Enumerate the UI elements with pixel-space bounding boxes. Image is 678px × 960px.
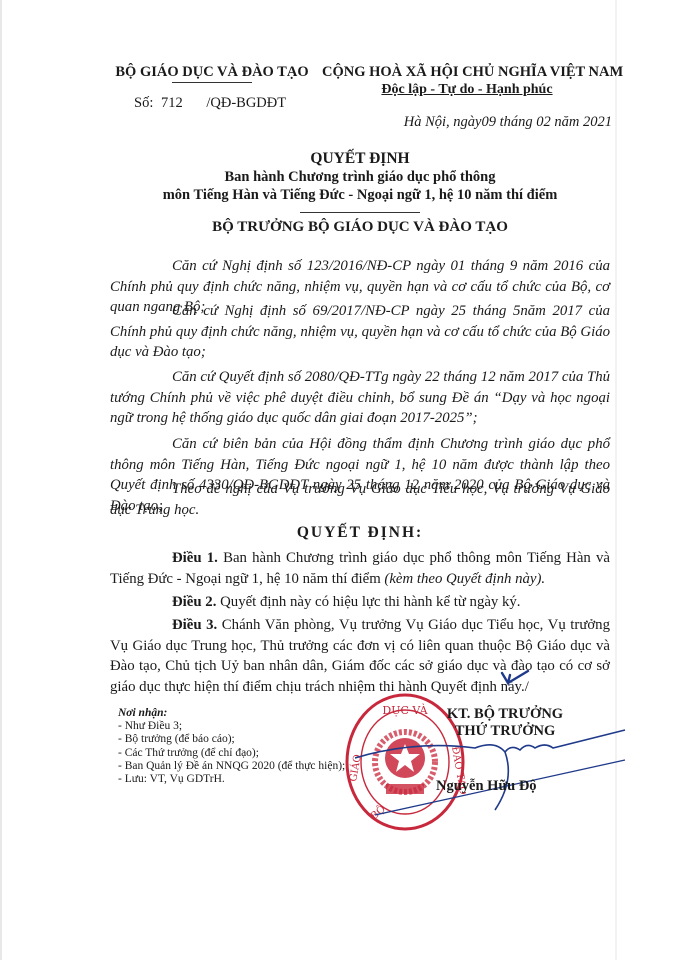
article-1: Điều 1. Ban hành Chương trình giáo dục p… — [110, 548, 610, 589]
preamble-item: Căn cứ Quyết định số 2080/QĐ-TTg ngày 22… — [110, 367, 610, 429]
issuer-underline — [172, 82, 252, 83]
doc-number-label: Số: — [134, 95, 153, 112]
title-block: QUYẾT ĐỊNH Ban hành Chương trình giáo dụ… — [100, 150, 620, 236]
national-heading: CỘNG HOÀ XÃ HỘI CHỦ NGHĨA VIỆT NAM Độc l… — [322, 64, 612, 98]
issuer-name: BỘ GIÁO DỤC VÀ ĐÀO TẠO — [112, 64, 312, 81]
article-label: Điều 1. — [172, 550, 218, 566]
scan-edge-left — [0, 0, 2, 960]
national-motto: Độc lập - Tự do - Hạnh phúc — [322, 82, 612, 98]
article-label: Điều 2. — [172, 594, 216, 610]
decision-heading: QUYẾT ĐỊNH: — [100, 524, 620, 542]
article-note: (kèm theo Quyết định này). — [384, 571, 545, 587]
recipient-item: - Như Điều 3; — [118, 720, 345, 733]
article-2: Điều 2. Quyết định này có hiệu lực thi h… — [110, 592, 610, 613]
title-divider — [300, 212, 420, 213]
handwritten-signature-icon — [355, 700, 635, 830]
nation-name: CỘNG HOÀ XÃ HỘI CHỦ NGHĨA VIỆT NAM — [322, 64, 612, 81]
article-text: Quyết định này có hiệu lực thi hành kể t… — [216, 594, 520, 610]
issuer-block: BỘ GIÁO DỤC VÀ ĐÀO TẠO Số: 712 /QĐ-BGDĐT — [112, 64, 312, 112]
recipients-list: Nơi nhận: - Như Điều 3; - Bộ trưởng (để … — [118, 707, 345, 786]
signer-name: Nguyễn Hữu Độ — [436, 778, 537, 795]
recipient-item: - Các Thứ trưởng (để chỉ đạo); — [118, 747, 345, 760]
initial-check-icon — [500, 667, 530, 689]
recipient-item: - Ban Quản lý Đề án NNQG 2020 (để thực h… — [118, 760, 345, 773]
article-3: Điều 3. Chánh Văn phòng, Vụ trưởng Vụ Gi… — [110, 615, 610, 697]
preamble-text: Theo đề nghị của Vụ trưởng Vụ Giáo dục T… — [110, 481, 610, 518]
recipient-item: - Bộ trưởng (để báo cáo); — [118, 733, 345, 746]
preamble-item: Theo đề nghị của Vụ trưởng Vụ Giáo dục T… — [110, 479, 610, 520]
document-number: Số: 712 /QĐ-BGDĐT — [112, 95, 312, 112]
doc-number-value: 712 — [161, 95, 183, 112]
preamble-text: Căn cứ Quyết định số 2080/QĐ-TTg ngày 22… — [110, 369, 610, 426]
recipient-item: - Lưu: VT, Vụ GDTrH. — [118, 773, 345, 786]
subject-line-2: môn Tiếng Hàn và Tiếng Đức - Ngoại ngữ 1… — [100, 186, 620, 204]
document-type: QUYẾT ĐỊNH — [100, 150, 620, 168]
preamble-item: Căn cứ Nghị định số 69/2017/NĐ-CP ngày 2… — [110, 301, 610, 363]
subject-line-1: Ban hành Chương trình giáo dục phổ thông — [100, 168, 620, 186]
place-date: Hà Nội, ngày09 tháng 02 năm 2021 — [380, 114, 612, 131]
article-label: Điều 3. — [172, 617, 217, 633]
issuing-authority: BỘ TRƯỞNG BỘ GIÁO DỤC VÀ ĐÀO TẠO — [100, 219, 620, 236]
document-page: BỘ GIÁO DỤC VÀ ĐÀO TẠO Số: 712 /QĐ-BGDĐT… — [0, 0, 678, 960]
preamble-text: Căn cứ Nghị định số 69/2017/NĐ-CP ngày 2… — [110, 303, 610, 360]
doc-code: /QĐ-BGDĐT — [206, 95, 286, 112]
recipients-label: Nơi nhận: — [118, 707, 345, 720]
